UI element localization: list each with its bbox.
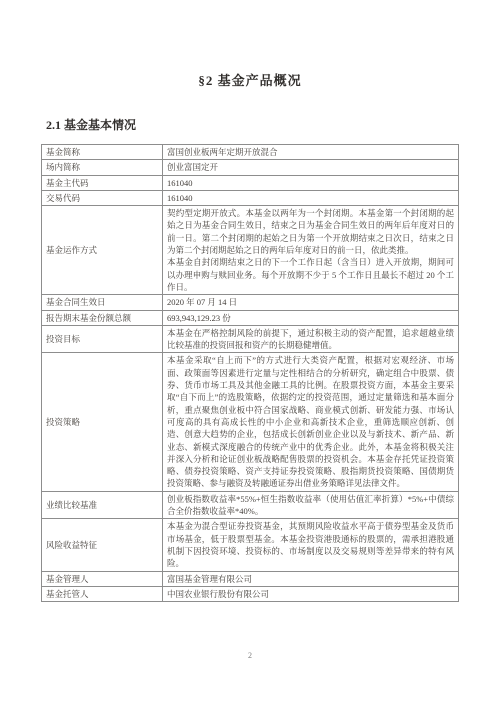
row-value-paragraph: 本基金自封闭期结束之日的下一个工作日起（含当日）进入开放期，期间可以办理申购与赎… <box>167 256 454 293</box>
table-row: 基金运作方式 契约型定期开放式。本基金以两年为一个封闭期。本基金第一个封闭期的起… <box>42 206 459 295</box>
row-value: 本基金在严格控制风险的前提下，通过积极主动的资产配置，追求超越业绩比较基准的投资… <box>163 325 459 353</box>
page-number: 2 <box>0 651 500 660</box>
row-label: 基金合同生效日 <box>42 295 163 310</box>
row-label: 基金简称 <box>42 145 163 160</box>
row-value: 本基金采取“自上而下”的方式进行大类资产配置，根据对宏观经济、市场面、政策面等因… <box>163 353 459 491</box>
row-label: 投资目标 <box>42 325 163 353</box>
row-label: 风险收益特征 <box>42 519 163 571</box>
row-label: 基金管理人 <box>42 571 163 586</box>
table-row: 交易代码 161040 <box>42 190 459 205</box>
row-value: 本基金为混合型证券投资基金，其预期风险收益水平高于债券型基金及货币市场基金，低于… <box>163 519 459 571</box>
table-row: 业绩比较基准 创业板指数收益率*55%+恒生指数收益率（使用估值汇率折算）*5%… <box>42 491 459 519</box>
row-value: 创业板指数收益率*55%+恒生指数收益率（使用估值汇率折算）*5%+中债综合全价… <box>163 491 459 519</box>
table-row: 基金托管人 中国农业银行股份有限公司 <box>42 586 459 601</box>
row-label: 基金运作方式 <box>42 206 163 295</box>
table-row: 风险收益特征 本基金为混合型证券投资基金，其预期风险收益水平高于债券型基金及货币… <box>42 519 459 571</box>
table-row: 报告期末基金份额总额 693,943,129.23 份 <box>42 310 459 325</box>
row-label: 场内简称 <box>42 160 163 175</box>
doc-title: §2 基金产品概况 <box>0 0 500 89</box>
table-row: 基金管理人 富国基金管理有限公司 <box>42 571 459 586</box>
row-label: 报告期末基金份额总额 <box>42 310 163 325</box>
row-value: 161040 <box>163 190 459 205</box>
row-value-paragraph: 契约型定期开放式。本基金以两年为一个封闭期。本基金第一个封闭期的起始之日为基金合… <box>167 207 454 256</box>
row-value: 2020 年 07 月 14 日 <box>163 295 459 310</box>
row-value: 中国农业银行股份有限公司 <box>163 586 459 601</box>
row-label: 基金主代码 <box>42 175 163 190</box>
table-row: 基金合同生效日 2020 年 07 月 14 日 <box>42 295 459 310</box>
row-label: 基金托管人 <box>42 586 163 601</box>
row-value: 富国基金管理有限公司 <box>163 571 459 586</box>
document-page: §2 基金产品概况 2.1 基金基本情况 基金简称 富国创业板两年定期开放混合 … <box>0 0 500 707</box>
section-title: 2.1 基金基本情况 <box>46 116 500 133</box>
row-value: 161040 <box>163 175 459 190</box>
row-value: 契约型定期开放式。本基金以两年为一个封闭期。本基金第一个封闭期的起始之日为基金合… <box>163 206 459 295</box>
table-row: 基金主代码 161040 <box>42 175 459 190</box>
row-label: 交易代码 <box>42 190 163 205</box>
table-row: 投资目标 本基金在严格控制风险的前提下，通过积极主动的资产配置，追求超越业绩比较… <box>42 325 459 353</box>
table-row: 场内简称 创业富国定开 <box>42 160 459 175</box>
row-value: 693,943,129.23 份 <box>163 310 459 325</box>
table-row: 投资策略 本基金采取“自上而下”的方式进行大类资产配置，根据对宏观经济、市场面、… <box>42 353 459 491</box>
row-label: 投资策略 <box>42 353 163 491</box>
table-row: 基金简称 富国创业板两年定期开放混合 <box>42 145 459 160</box>
row-value: 创业富国定开 <box>163 160 459 175</box>
fund-info-table: 基金简称 富国创业板两年定期开放混合 场内简称 创业富国定开 基金主代码 161… <box>41 144 459 602</box>
row-label: 业绩比较基准 <box>42 491 163 519</box>
row-value: 富国创业板两年定期开放混合 <box>163 145 459 160</box>
